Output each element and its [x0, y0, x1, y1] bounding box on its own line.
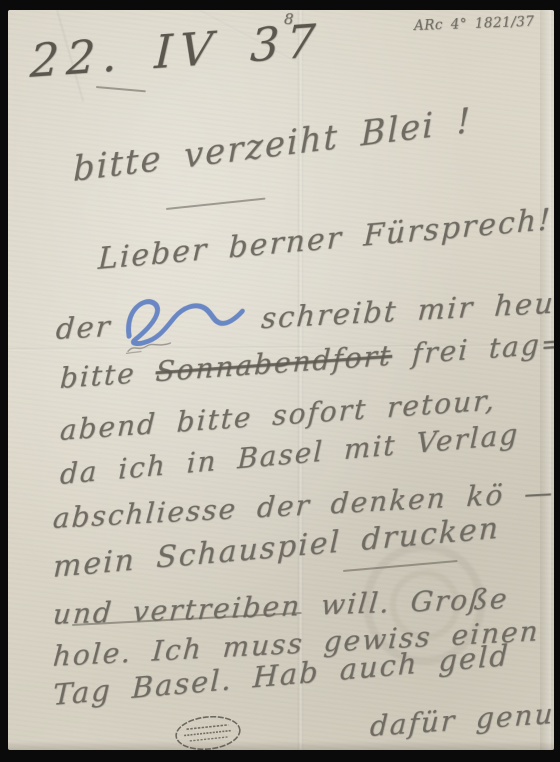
- handwritten-word: der: [55, 309, 113, 346]
- scanned-letter-page: 8 ARc 4° 1821/37 22. IV 37 bitte verzeih…: [0, 0, 560, 762]
- date-underline-stroke: [96, 86, 146, 92]
- shelfmark-annotation: ARc 4° 1821/37: [414, 14, 535, 34]
- handwritten-line: Lieber berner Fürsprech!: [97, 202, 552, 277]
- handwritten-word: bitte: [59, 357, 137, 396]
- handwritten-word: frei tag=: [411, 327, 554, 371]
- paper-edge-shading: [8, 741, 554, 750]
- letter-paper: 8 ARc 4° 1821/37 22. IV 37 bitte verzeih…: [8, 10, 554, 750]
- date-annotation: 22. IV 37: [29, 13, 324, 88]
- handwritten-word: schreibt mir heute –: [260, 282, 554, 335]
- library-stamp-icon: [171, 710, 245, 750]
- paper-edge-shading: [540, 10, 551, 750]
- handwritten-line: dafür genug.: [369, 695, 554, 743]
- handwritten-line: bitte verzeiht Blei !: [73, 101, 472, 190]
- pencil-underline-stroke: [166, 198, 266, 210]
